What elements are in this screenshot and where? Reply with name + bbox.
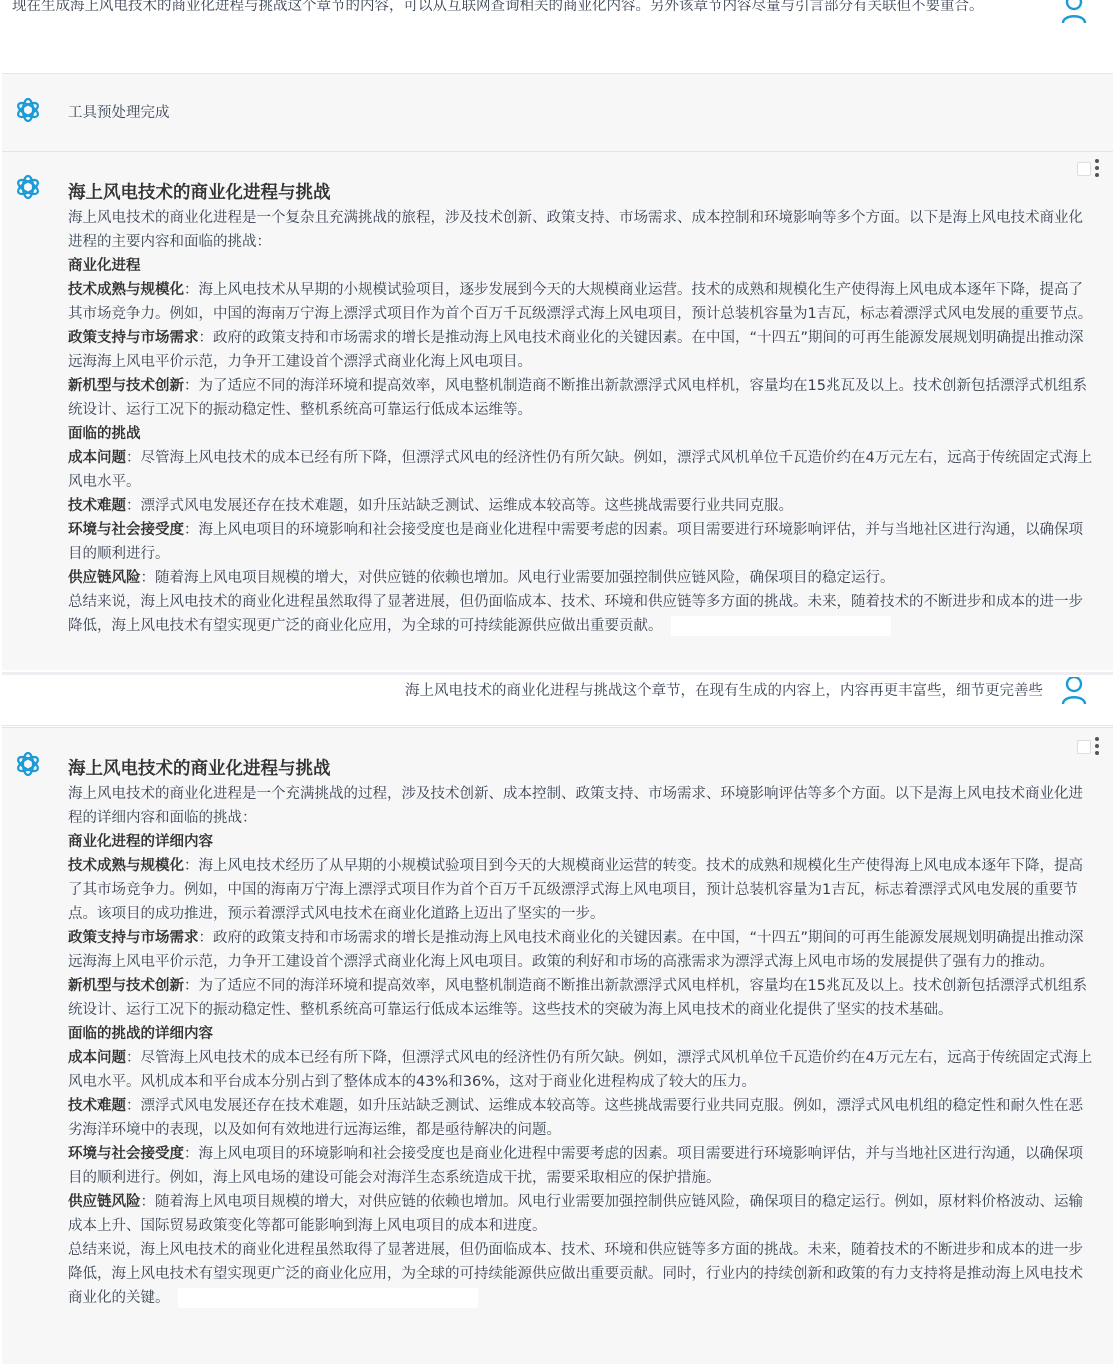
user-avatar-icon bbox=[1061, 0, 1087, 24]
response-summary: 总结来说，海上风电技术的商业化进程虽然取得了显著进展，但仍面临成本、技术、环境和… bbox=[68, 590, 1093, 638]
openai-logo-icon bbox=[14, 173, 42, 201]
list-item: 政策支持与市场需求：政府的政策支持和市场需求的增长是推动海上风电技术商业化的关键… bbox=[68, 326, 1093, 374]
list-item: 供应链风险：随着海上风电项目规模的增大，对供应链的依赖也增加。风电行业需要加强控… bbox=[68, 566, 1093, 590]
response-title: 海上风电技术的商业化进程与挑战 bbox=[68, 756, 1093, 782]
list-item: 技术成熟与规模化：海上风电技术从早期的小规模试验项目，逐步发展到今天的大规模商业… bbox=[68, 278, 1093, 326]
list-item: 环境与社会接受度：海上风电项目的环境影响和社会接受度也是商业化进程中需要考虑的因… bbox=[68, 518, 1093, 566]
list-item: 成本问题：尽管海上风电技术的成本已经有所下降，但漂浮式风电的经济性仍有所欠缺。例… bbox=[68, 446, 1093, 494]
message-text: 海上风电技术的商业化进程与挑战这个章节，在现有生成的内容上，内容再更丰富些，细节… bbox=[202, 679, 1043, 703]
user-message: 现在生成海上风电技术的商业化进程与挑战这个章节的内容，可以从互联网查询相关的商业… bbox=[2, 0, 1113, 74]
section-heading: 商业化进程的详细内容 bbox=[68, 830, 1093, 854]
openai-logo-icon bbox=[14, 96, 42, 124]
select-checkbox[interactable] bbox=[1077, 162, 1091, 176]
select-checkbox[interactable] bbox=[1077, 740, 1091, 754]
section-heading: 面临的挑战的详细内容 bbox=[68, 1022, 1093, 1046]
more-options-icon[interactable] bbox=[1095, 736, 1099, 755]
response-intro: 海上风电技术的商业化进程是一个充满挑战的过程，涉及技术创新、成本控制、政策支持、… bbox=[68, 782, 1093, 830]
list-item: 技术难题：漂浮式风电发展还存在技术难题，如升压站缺乏测试、运维成本较高等。这些挑… bbox=[68, 1094, 1093, 1142]
assistant-message: 工具预处理完成 bbox=[2, 74, 1113, 152]
openai-logo-icon bbox=[14, 750, 42, 778]
list-item: 供应链风险：随着海上风电项目规模的增大，对供应链的依赖也增加。风电行业需要加强控… bbox=[68, 1190, 1093, 1238]
user-avatar-icon bbox=[1061, 677, 1087, 705]
list-item: 成本问题：尽管海上风电技术的成本已经有所下降，但漂浮式风电的经济性仍有所欠缺。例… bbox=[68, 1046, 1093, 1094]
list-item: 技术难题：漂浮式风电发展还存在技术难题，如升压站缺乏测试、运维成本较高等。这些挑… bbox=[68, 494, 1093, 518]
more-options-icon[interactable] bbox=[1095, 158, 1099, 177]
assistant-message: 海上风电技术的商业化进程与挑战 海上风电技术的商业化进程是一个复杂且充满挑战的旅… bbox=[2, 152, 1113, 670]
response-title: 海上风电技术的商业化进程与挑战 bbox=[68, 180, 1093, 206]
list-item: 新机型与技术创新：为了适应不同的海洋环境和提高效率，风电整机制造商不断推出新款漂… bbox=[68, 374, 1093, 422]
list-item: 新机型与技术创新：为了适应不同的海洋环境和提高效率，风电整机制造商不断推出新款漂… bbox=[68, 974, 1093, 1022]
response-summary: 总结来说，海上风电技术的商业化进程虽然取得了显著进展，但仍面临成本、技术、环境和… bbox=[68, 1238, 1093, 1310]
message-controls bbox=[1077, 736, 1099, 755]
list-item: 政策支持与市场需求：政府的政策支持和市场需求的增长是推动海上风电技术商业化的关键… bbox=[68, 926, 1093, 974]
message-controls bbox=[1077, 158, 1099, 177]
section-heading: 商业化进程 bbox=[68, 254, 1093, 278]
response-intro: 海上风电技术的商业化进程是一个复杂且充满挑战的旅程，涉及技术创新、政策支持、市场… bbox=[68, 206, 1093, 254]
message-text: 现在生成海上风电技术的商业化进程与挑战这个章节的内容，可以从互联网查询相关的商业… bbox=[12, 0, 1035, 18]
list-item: 技术成熟与规模化：海上风电技术经历了从早期的小规模试验项目到今天的大规模商业运营… bbox=[68, 854, 1093, 926]
assistant-message: 海上风电技术的商业化进程与挑战 海上风电技术的商业化进程是一个充满挑战的过程，涉… bbox=[2, 727, 1113, 1364]
user-message: 海上风电技术的商业化进程与挑战这个章节，在现有生成的内容上，内容再更丰富些，细节… bbox=[2, 672, 1113, 726]
section-heading: 面临的挑战 bbox=[68, 422, 1093, 446]
list-item: 环境与社会接受度：海上风电项目的环境影响和社会接受度也是商业化进程中需要考虑的因… bbox=[68, 1142, 1093, 1190]
message-text: 工具预处理完成 bbox=[68, 101, 1093, 125]
